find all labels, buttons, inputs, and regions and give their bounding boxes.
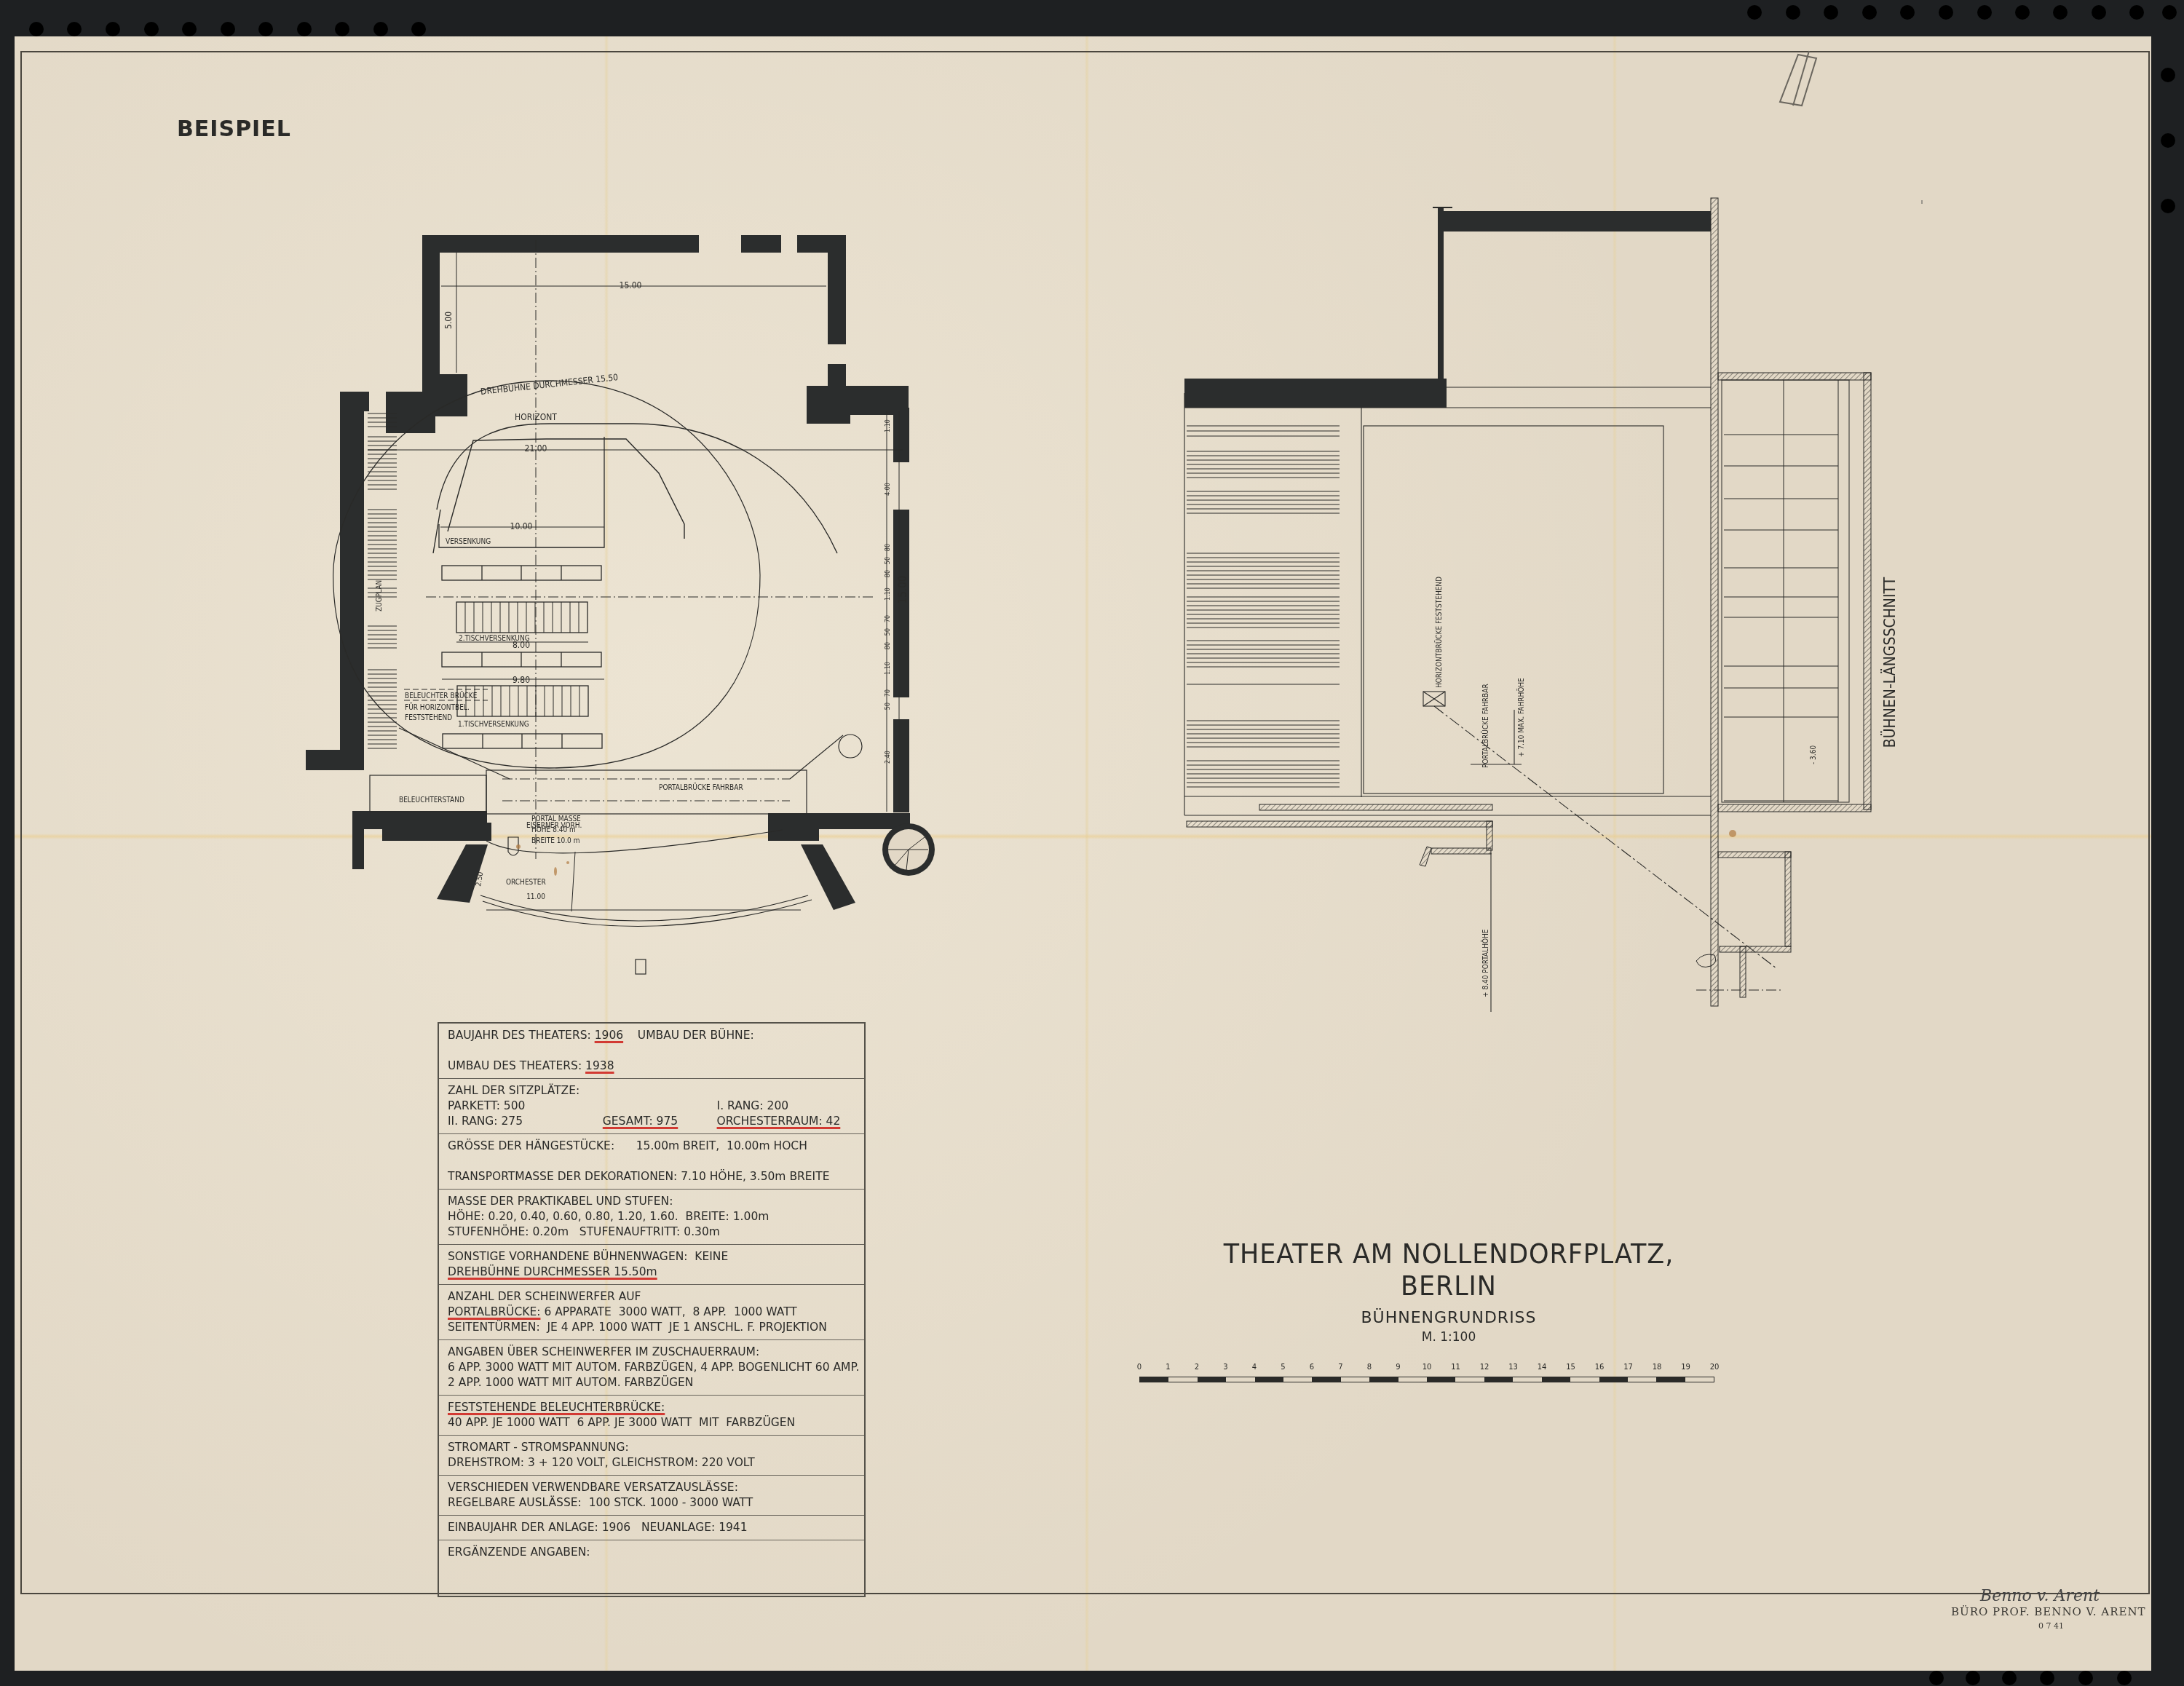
title-block: THEATER AM NOLLENDORFPLATZ, BERLIN BÜHNE… [1150, 1238, 1747, 1345]
drawing-title: THEATER AM NOLLENDORFPLATZ, BERLIN [1174, 1238, 1723, 1302]
scale-segment [1455, 1377, 1484, 1382]
info-text: HÖHE: 0.20, 0.40, 0.60, 0.80, 1.20, 1.60… [448, 1210, 769, 1223]
info-value: GESAMT: 975 [603, 1114, 717, 1129]
fahrhoehe-label: + 7.10 MAX. FAHRHÖHE [1516, 678, 1526, 757]
scale-tick: 5 [1281, 1364, 1285, 1372]
side-dim-13: 2.40 [885, 751, 892, 764]
versenkung-label: VERSENKUNG [446, 538, 491, 546]
scale-tick: 20 [1710, 1364, 1720, 1372]
info-value [603, 1099, 717, 1114]
info-row: MASSE DER PRAKTIKABEL UND STUFEN:HÖHE: 0… [439, 1190, 864, 1245]
side-dim-8: 50 [885, 628, 892, 636]
info-line: HÖHE: 0.20, 0.40, 0.60, 0.80, 1.20, 1.60… [448, 1209, 855, 1224]
scale-bar: 01234567891011121314151617181920 [1139, 1364, 1714, 1393]
beleuchterstand-label: BELEUCHTERSTAND [399, 796, 464, 804]
info-row: GRÖSSE DER HÄNGESTÜCKE: 15.00m BREIT, 10… [439, 1134, 864, 1190]
side-dim-12: 50 [885, 702, 892, 710]
info-line: STROMART - STROMSPANNUNG: [448, 1440, 855, 1455]
scale-segment [1628, 1377, 1656, 1382]
rear-depth-dim: 5.00 [443, 312, 454, 329]
scale-tick: 15 [1566, 1364, 1575, 1372]
info-value: I. RANG: 200 [717, 1099, 855, 1114]
scale-tick: 3 [1223, 1364, 1227, 1372]
scale-tick: 13 [1508, 1364, 1518, 1372]
scale-segment [1283, 1377, 1312, 1382]
scale-tick: 16 [1595, 1364, 1605, 1372]
info-text: 1906 [595, 1029, 623, 1042]
side-dim-5: 80 [885, 570, 892, 577]
info-line: SEITENTÜRMEN: JE 4 APP. 1000 WATT JE 1 A… [448, 1320, 855, 1335]
signature: Benno v. Arent [1980, 1587, 2169, 1605]
scale-segments [1139, 1377, 1714, 1382]
scale-tick: 6 [1310, 1364, 1314, 1372]
info-row: BAUJAHR DES THEATERS: 1906 UMBAU DER BÜH… [439, 1024, 864, 1079]
scale-segment [1570, 1377, 1599, 1382]
info-text: ZAHL DER SITZPLÄTZE: [448, 1084, 579, 1097]
scale-segment [1140, 1377, 1168, 1382]
info-line: PORTALBRÜCKE: 6 APPARATE 3000 WATT, 8 AP… [448, 1305, 855, 1320]
scale-tick: 9 [1396, 1364, 1400, 1372]
spiral-staircase [882, 823, 935, 876]
scale-segment [1369, 1377, 1398, 1382]
info-text: UMBAU DES THEATERS: [448, 1059, 585, 1072]
revolving-stage-label: DREHBÜHNE DURCHMESSER 15.50 [480, 371, 619, 397]
stage-depth-dim: 15.00 [896, 576, 909, 604]
versenkung-width-dim: 10.00 [510, 521, 533, 531]
rear-width-dim: 15.00 [620, 280, 642, 290]
portal-masse-label-2: HÖHE 8.40 m [531, 825, 576, 834]
scale-segment [1427, 1377, 1455, 1382]
info-text: UMBAU DER BÜHNE: [623, 1029, 754, 1042]
unterbuehne-level-label: - 3.60 [1810, 745, 1818, 764]
scale-tick: 18 [1653, 1364, 1662, 1372]
info-text: 6 APPARATE 3000 WATT, 8 APP. 1000 WATT [540, 1305, 796, 1318]
scale-tick: 1 [1166, 1364, 1170, 1372]
info-line: GRÖSSE DER HÄNGESTÜCKE: 15.00m BREIT, 10… [448, 1139, 855, 1154]
stains [516, 830, 1736, 876]
architectural-drawing: DREHBÜHNE DURCHMESSER 15.50 HORIZONT 15.… [0, 0, 2184, 1686]
info-text: STUFENHÖHE: 0.20m STUFENAUFTRITT: 0.30m [448, 1225, 720, 1238]
info-value: II. RANG: 275 [448, 1114, 603, 1129]
scale-segment [1398, 1377, 1427, 1382]
info-line: 40 APP. JE 1000 WATT 6 APP. JE 3000 WATT… [448, 1415, 855, 1430]
scale-segment [1599, 1377, 1628, 1382]
pencil-mark [1780, 51, 1816, 106]
portal-bridge [370, 728, 862, 974]
zugplan-label: ZUGPLAN [376, 580, 384, 612]
info-row: EINBAUJAHR DER ANLAGE: 1906 NEUANLAGE: 1… [439, 1516, 864, 1540]
scale-segment [1198, 1377, 1226, 1382]
info-text: DREHBÜHNE DURCHMESSER 15.50m [448, 1265, 657, 1278]
info-line: UMBAU DES THEATERS: 1938 [448, 1058, 855, 1074]
info-line [448, 1154, 855, 1169]
info-row: STROMART - STROMSPANNUNG:DREHSTROM: 3 + … [439, 1436, 864, 1476]
info-text: VERSCHIEDEN VERWENDBARE VERSATZAUSLÄSSE: [448, 1481, 738, 1494]
info-line: 6 APP. 3000 WATT MIT AUTOM. FARBZÜGEN, 4… [448, 1360, 855, 1375]
orchester-label: ORCHESTER [506, 879, 546, 887]
scale-segment [1484, 1377, 1513, 1382]
info-line: PARKETT: 500I. RANG: 200 [448, 1099, 855, 1114]
stage-width-dim: 21.00 [525, 443, 547, 454]
hatched-walls [1187, 198, 1871, 1006]
office-stamp: BÜRO PROF. BENNO V. ARENT [1951, 1605, 2169, 1618]
beleuchter-bridge-label-1: BELEUCHTER BRÜCKE [405, 691, 478, 700]
info-text: EINBAUJAHR DER ANLAGE: 1906 NEUANLAGE: 1… [448, 1521, 748, 1534]
scale-segment [1255, 1377, 1283, 1382]
info-text: STROMART - STROMSPANNUNG: [448, 1441, 629, 1454]
side-dim-6: 1.10 [885, 587, 892, 601]
side-dim-11: 70 [885, 689, 892, 697]
portalbruecke-section-label: PORTALBRÜCKE FAHRBAR [1481, 684, 1490, 768]
scale-tick: 14 [1538, 1364, 1547, 1372]
info-text: REGELBARE AUSLÄSSE: 100 STCK. 1000 - 300… [448, 1496, 753, 1509]
info-text: ANZAHL DER SCHEINWERFER AUF [448, 1290, 641, 1303]
info-line: II. RANG: 275GESAMT: 975ORCHESTERRAUM: 4… [448, 1114, 855, 1129]
signature-block: Benno v. Arent BÜRO PROF. BENNO V. ARENT… [1951, 1587, 2169, 1631]
walls [306, 235, 910, 910]
tisch2-width-dim: 8.00 [513, 640, 530, 650]
info-text: GRÖSSE DER HÄNGESTÜCKE: 15.00m BREIT, 10… [448, 1139, 807, 1152]
scale-ticks: 01234567891011121314151617181920 [1139, 1364, 1714, 1375]
portal-masse-label-3: BREITE 10.0 m [531, 837, 579, 845]
info-text: SONSTIGE VORHANDENE BÜHNENWAGEN: KEINE [448, 1250, 728, 1263]
info-text: 2 APP. 1000 WATT MIT AUTOM. FARBZÜGEN [448, 1376, 693, 1389]
info-text: 40 APP. JE 1000 WATT 6 APP. JE 3000 WATT… [448, 1416, 795, 1429]
side-dim-1: 1.10 [885, 419, 892, 432]
scale-segment [1656, 1377, 1685, 1382]
info-text [448, 1044, 451, 1057]
info-row: ANGABEN ÜBER SCHEINWERFER IM ZUSCHAUERRA… [439, 1340, 864, 1396]
horizont-line [437, 424, 837, 553]
info-line: SONSTIGE VORHANDENE BÜHNENWAGEN: KEINE [448, 1249, 855, 1264]
info-value: PARKETT: 500 [448, 1099, 603, 1114]
info-text: TRANSPORTMASSE DER DEKORATIONEN: 7.10 HÖ… [448, 1170, 829, 1183]
side-dim-2: 4.00 [885, 483, 892, 496]
side-dim-9: 80 [885, 642, 892, 649]
orchestra-depth-dim: 2.50 [475, 871, 485, 887]
scale-tick: 8 [1367, 1364, 1372, 1372]
info-text: SEITENTÜRMEN: JE 4 APP. 1000 WATT JE 1 A… [448, 1321, 827, 1334]
portal-masse-label-1: PORTAL MASSE [531, 815, 581, 823]
info-text: DREHSTROM: 3 + 120 VOLT, GLEICHSTROM: 22… [448, 1456, 755, 1469]
info-text: 1938 [585, 1059, 614, 1072]
scale-segment [1312, 1377, 1340, 1382]
info-text: PORTALBRÜCKE: [448, 1305, 540, 1318]
side-dim-4: 50 [885, 557, 892, 564]
scale-tick: 0 [1137, 1364, 1142, 1372]
scale-tick: 17 [1623, 1364, 1633, 1372]
drawing-scale: M. 1:100 [1150, 1330, 1747, 1345]
tisch1-width-dim: 9.80 [513, 675, 530, 685]
info-text: BAUJAHR DES THEATERS: [448, 1029, 595, 1042]
stage-longitudinal-section: HORIZONTBRÜCKE FESTSTEHEND PORTALBRÜCKE … [1184, 198, 1899, 1012]
beleuchter-bridge-label-2: FÜR HORIZONTBEL. [405, 702, 470, 712]
scale-segment [1226, 1377, 1254, 1382]
scale-segment [1168, 1377, 1197, 1382]
info-line: TRANSPORTMASSE DER DEKORATIONEN: 7.10 HÖ… [448, 1169, 855, 1184]
info-row: ANZAHL DER SCHEINWERFER AUFPORTALBRÜCKE:… [439, 1285, 864, 1340]
info-row: SONSTIGE VORHANDENE BÜHNENWAGEN: KEINEDR… [439, 1245, 864, 1285]
scale-tick: 4 [1252, 1364, 1257, 1372]
scale-tick: 19 [1681, 1364, 1690, 1372]
info-text: ANGABEN ÜBER SCHEINWERFER IM ZUSCHAUERRA… [448, 1345, 759, 1358]
side-dim-10: 1.10 [885, 662, 892, 675]
info-line: DREHSTROM: 3 + 120 VOLT, GLEICHSTROM: 22… [448, 1455, 855, 1471]
scale-segment [1513, 1377, 1541, 1382]
horizontbruecke-label: HORIZONTBRÜCKE FESTSTEHEND [1434, 577, 1444, 688]
info-text [448, 1155, 451, 1168]
scale-tick: 11 [1451, 1364, 1460, 1372]
drawing-subtitle: BÜHNENGRUNDRISS [1150, 1309, 1747, 1327]
stage-floor-plan: DREHBÜHNE DURCHMESSER 15.50 HORIZONT 15.… [306, 235, 1736, 974]
info-value: ORCHESTERRAUM: 42 [717, 1114, 855, 1129]
info-text: 6 APP. 3000 WATT MIT AUTOM. FARBZÜGEN, 4… [448, 1361, 859, 1374]
side-dim-3: 80 [885, 544, 892, 551]
section-title: BÜHNEN-LÄNGSSCHNITT [1880, 577, 1899, 748]
info-line: MASSE DER PRAKTIKABEL UND STUFEN: [448, 1194, 855, 1209]
info-line: STUFENHÖHE: 0.20m STUFENAUFTRITT: 0.30m [448, 1224, 855, 1240]
info-line: VERSCHIEDEN VERWENDBARE VERSATZAUSLÄSSE: [448, 1480, 855, 1495]
scale-tick: 10 [1423, 1364, 1432, 1372]
sheet-number: 0 7 41 [2038, 1621, 2169, 1631]
theater-info-table: BAUJAHR DES THEATERS: 1906 UMBAU DER BÜH… [438, 1022, 866, 1597]
info-line: REGELBARE AUSLÄSSE: 100 STCK. 1000 - 300… [448, 1495, 855, 1511]
scale-tick: 2 [1195, 1364, 1199, 1372]
scale-tick: 12 [1480, 1364, 1489, 1372]
side-dim-7: 70 [885, 615, 892, 622]
info-line: BAUJAHR DES THEATERS: 1906 UMBAU DER BÜH… [448, 1028, 855, 1043]
info-line: ANZAHL DER SCHEINWERFER AUF [448, 1289, 855, 1305]
info-text: ERGÄNZENDE ANGABEN: [448, 1545, 590, 1559]
orchestra-width-dim: 11.00 [526, 893, 545, 901]
info-line: 2 APP. 1000 WATT MIT AUTOM. FARBZÜGEN [448, 1375, 855, 1390]
scale-segment [1685, 1377, 1714, 1382]
info-text: MASSE DER PRAKTIKABEL UND STUFEN: [448, 1195, 673, 1208]
info-line: EINBAUJAHR DER ANLAGE: 1906 NEUANLAGE: 1… [448, 1520, 855, 1535]
info-line: FESTSTEHENDE BELEUCHTERBRÜCKE: [448, 1400, 855, 1415]
info-line [448, 1043, 855, 1058]
info-line: ZAHL DER SITZPLÄTZE: [448, 1083, 855, 1099]
beleuchter-bridge-label-3: FESTSTEHEND [405, 714, 452, 722]
tisch1-label: 1.TISCHVERSENKUNG [458, 721, 529, 729]
portalbruecke-label: PORTALBRÜCKE FAHRBAR [659, 783, 743, 792]
info-line: ERGÄNZENDE ANGABEN: [448, 1545, 855, 1560]
info-row: VERSCHIEDEN VERWENDBARE VERSATZAUSLÄSSE:… [439, 1476, 864, 1516]
info-row: FESTSTEHENDE BELEUCHTERBRÜCKE:40 APP. JE… [439, 1396, 864, 1436]
section-fly-bars [1187, 426, 1340, 787]
scale-segment [1542, 1377, 1570, 1382]
info-row: ZAHL DER SITZPLÄTZE:PARKETT: 500I. RANG:… [439, 1079, 864, 1134]
info-row: ERGÄNZENDE ANGABEN: [439, 1540, 864, 1650]
portalhoehe-label: + 8.40 PORTALHÖHE [1481, 929, 1490, 997]
info-line: ANGABEN ÜBER SCHEINWERFER IM ZUSCHAUERRA… [448, 1345, 855, 1360]
horizont-label: HORIZONT [515, 412, 557, 422]
info-text: FESTSTEHENDE BELEUCHTERBRÜCKE: [448, 1401, 665, 1414]
scale-tick: 7 [1338, 1364, 1342, 1372]
info-line: DREHBÜHNE DURCHMESSER 15.50m [448, 1264, 855, 1280]
scale-segment [1341, 1377, 1369, 1382]
